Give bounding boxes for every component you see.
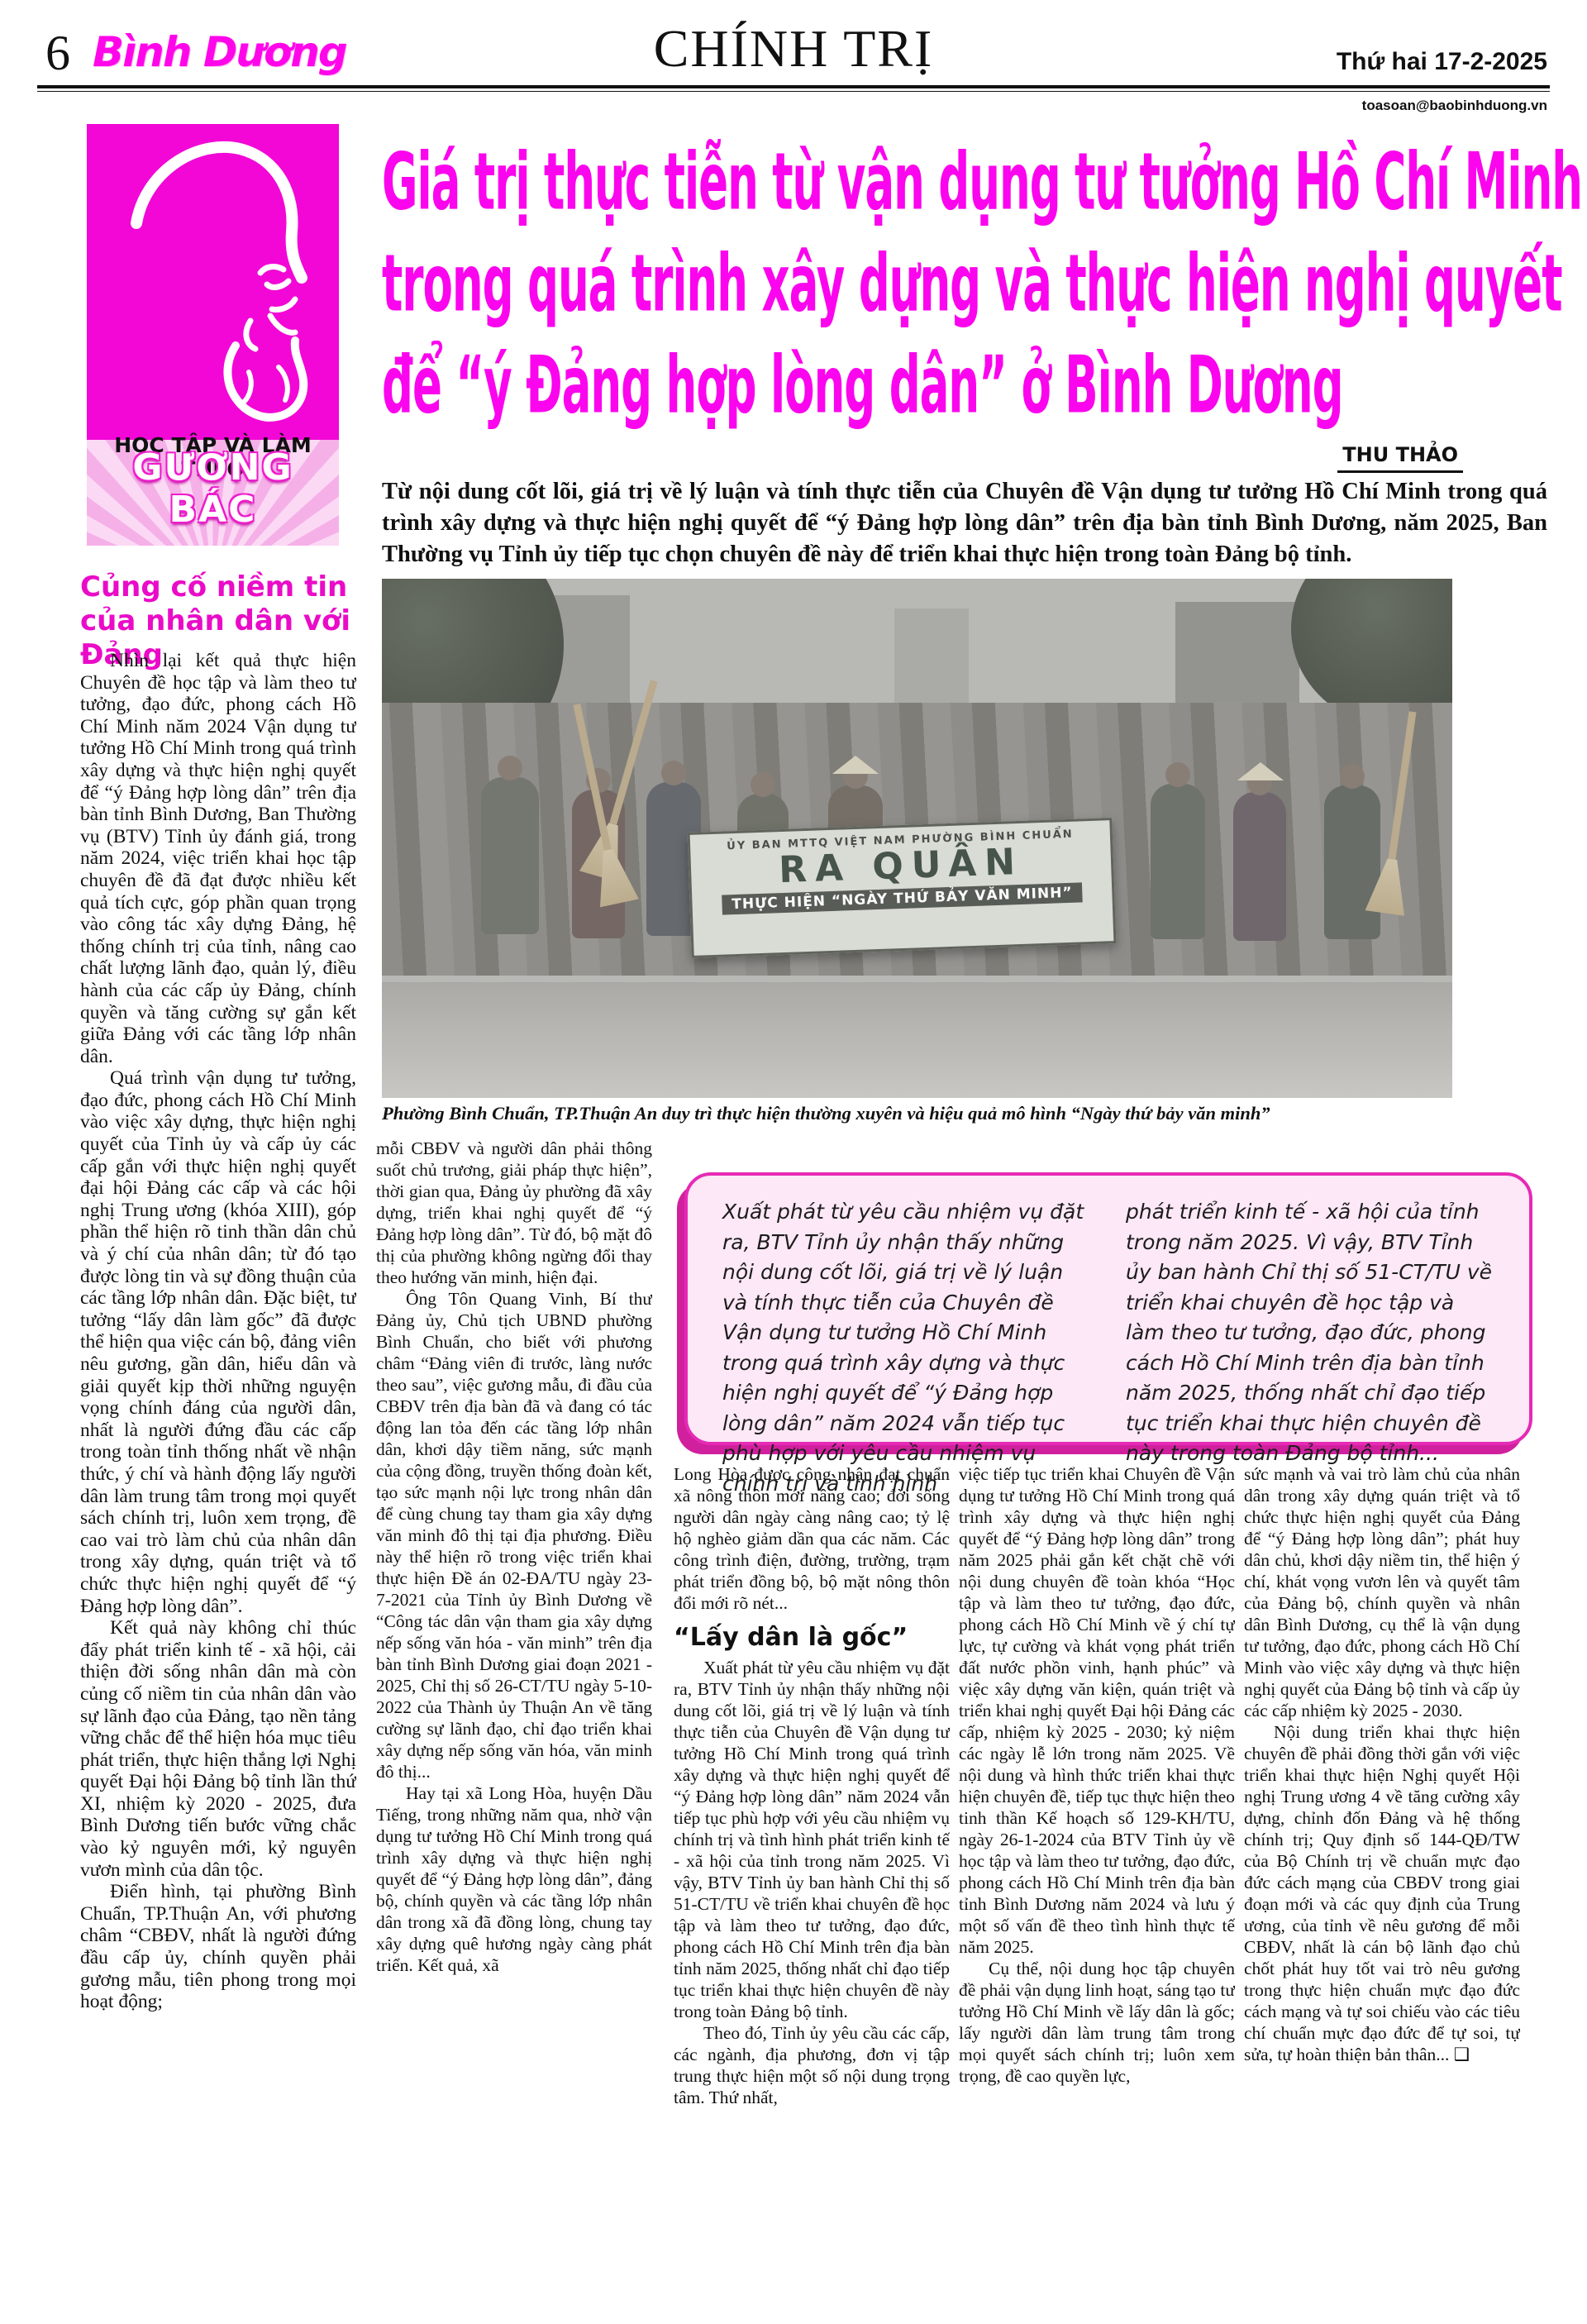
person-figure	[1151, 784, 1205, 939]
person-figure	[481, 777, 539, 934]
column-d: việc tiếp tục triển khai Chuyên đề Vận d…	[959, 1463, 1235, 2264]
headline-line-3: để “ý Đảng hợp lòng dân” ở Bình Dương	[382, 341, 1343, 432]
issue-date: Thứ hai 17-2-2025	[1337, 48, 1547, 76]
header-rule	[37, 85, 1550, 88]
photo-building	[894, 608, 969, 703]
column-c: Long Hòa được công nhận đạt chuẩn xã nôn…	[674, 1463, 950, 2264]
paragraph: Xuất phát từ yêu cầu nhiệm vụ đặt ra, BT…	[674, 1657, 950, 2022]
pull-quote-right: phát triển kinh tế - xã hội của tỉnh tro…	[1126, 1197, 1494, 1420]
paragraph: Điển hình, tại phường Bình Chuẩn, TP.Thu…	[80, 1881, 356, 2013]
byline: THU THẢO	[1337, 443, 1463, 473]
person-figure	[1233, 792, 1286, 941]
paragraph: sức mạnh và vai trò làm chủ của nhân dân…	[1244, 1463, 1520, 1721]
banner: ỦY BAN MTTQ VIỆT NAM PHƯỜNG BÌNH CHUẨN R…	[688, 818, 1117, 958]
contact-email: toasoan@baobinhduong.vn	[1362, 98, 1547, 114]
photo-caption: Phường Bình Chuẩn, TP.Thuận An duy trì t…	[382, 1103, 1456, 1124]
paragraph: việc tiếp tục triển khai Chuyên đề Vận d…	[959, 1463, 1235, 1958]
paragraph: Theo đó, Tỉnh ủy yêu cầu các cấp, các ng…	[674, 2022, 950, 2108]
paragraph: mỗi CBĐV và người dân phải thông suốt ch…	[376, 1138, 652, 1288]
badge-line2: GƯƠNG BÁC	[87, 446, 339, 531]
paragraph: Ông Tôn Quang Vinh, Bí thư Đảng ủy, Chủ …	[376, 1288, 652, 1782]
headline-line-1: Giá trị thực tiễn từ vận dụng tư tưởng H…	[382, 137, 1582, 228]
paragraph: Nhìn lại kết quả thực hiện Chuyên đề học…	[80, 650, 356, 1067]
paragraph-with-end-mark: Nội dung triển khai thực hiện chuyên đề …	[1244, 1721, 1520, 2065]
news-photo: ỦY BAN MTTQ VIỆT NAM PHƯỜNG BÌNH CHUẨN R…	[382, 579, 1452, 1098]
column-a: Nhìn lại kết quả thực hiện Chuyên đề học…	[80, 650, 356, 2254]
person-figure	[1324, 785, 1380, 939]
column-e: sức mạnh và vai trò làm chủ của nhân dân…	[1244, 1463, 1520, 2264]
paragraph: Hay tại xã Long Hòa, huyện Dầu Tiếng, tr…	[376, 1782, 652, 1976]
paragraph: Cụ thể, nội dung học tập chuyên đề phải …	[959, 1958, 1235, 2087]
subheading-lay-dan-la-goc: “Lấy dân là gốc”	[674, 1627, 950, 1649]
photo-building	[1175, 602, 1299, 703]
pull-quote-left: Xuất phát từ yêu cầu nhiệm vụ đặt ra, BT…	[722, 1197, 1091, 1420]
hoc-tap-guong-bac-badge: HỌC TẬP VÀ LÀM THEO GƯƠNG BÁC	[87, 124, 339, 546]
paragraph: Long Hòa được công nhận đạt chuẩn xã nôn…	[674, 1463, 950, 1614]
header-rule-thin	[37, 91, 1550, 92]
newspaper-page: 6 Bình Dương CHÍNH TRỊ Thứ hai 17-2-2025…	[0, 0, 1587, 2324]
column-b: mỗi CBĐV và người dân phải thông suốt ch…	[376, 1138, 652, 2259]
article-intro: Từ nội dung cốt lõi, giá trị về lý luận …	[382, 476, 1547, 570]
photo-street	[382, 982, 1452, 1098]
paragraph: Quá trình vận dụng tư tưởng, đạo đức, ph…	[80, 1067, 356, 1617]
pull-quote-box: Xuất phát từ yêu cầu nhiệm vụ đặt ra, BT…	[684, 1172, 1532, 1445]
headline-line-2: trong quá trình xây dựng và thực hiện ng…	[382, 239, 1562, 330]
paragraph: Kết quả này không chỉ thúc đẩy phát triể…	[80, 1617, 356, 1881]
